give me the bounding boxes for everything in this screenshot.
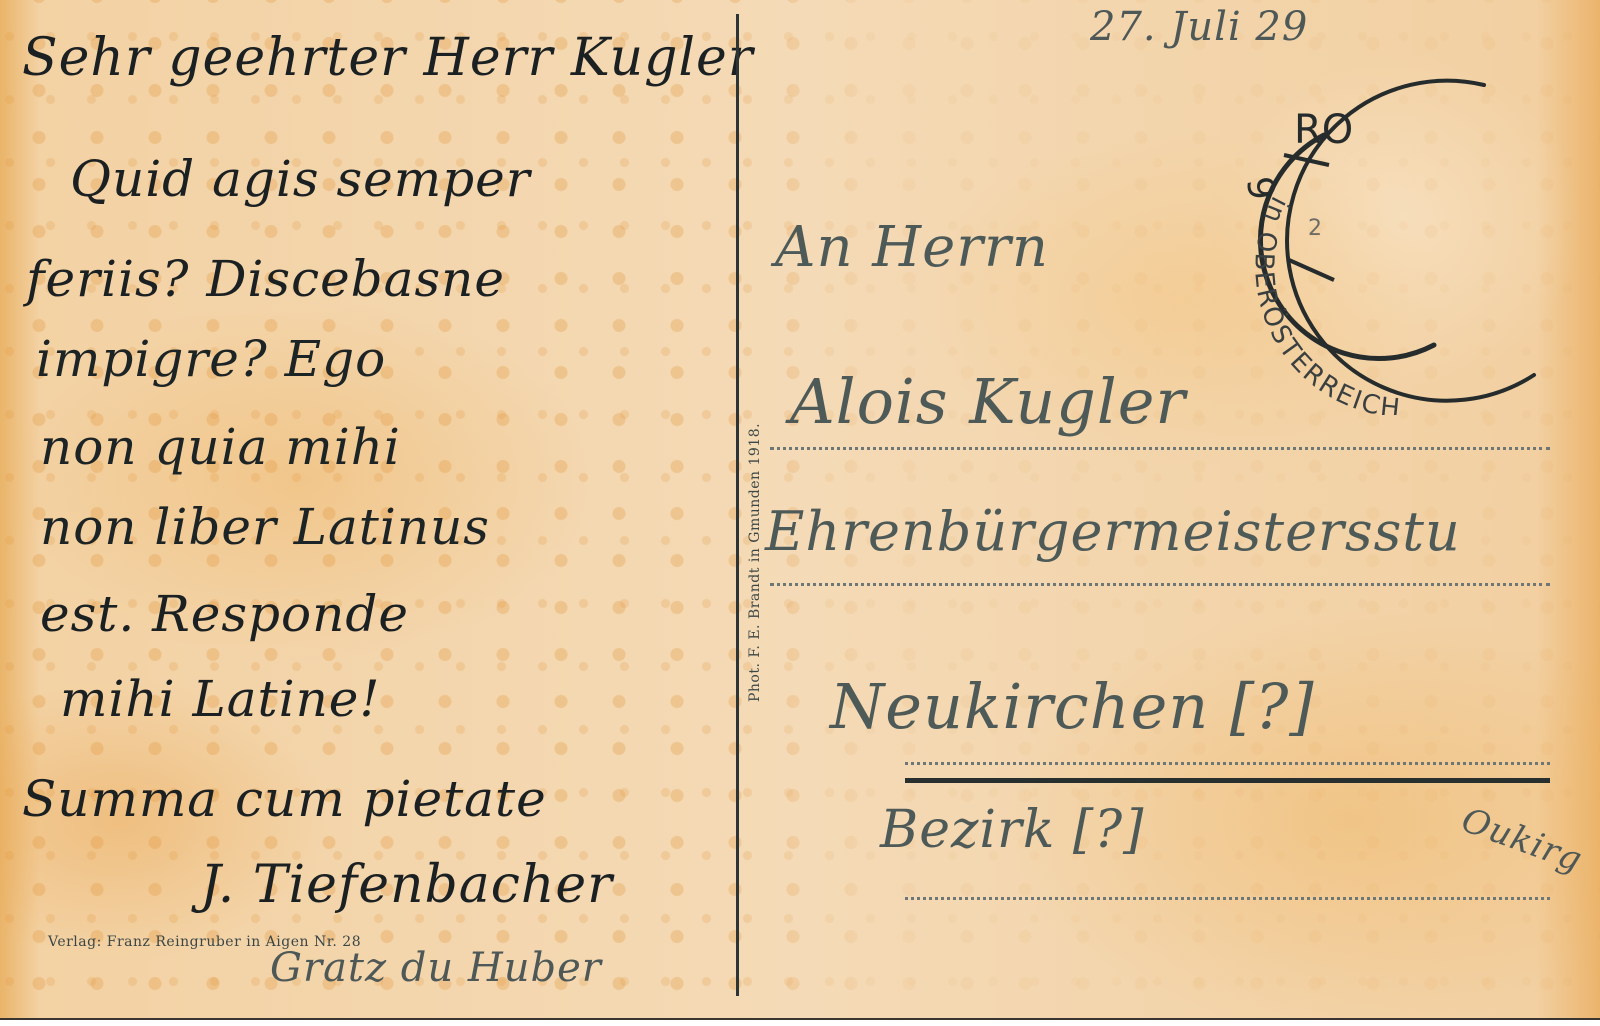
- address-line-1: [770, 447, 1550, 450]
- message-line: feriis? Discebasne: [26, 250, 505, 308]
- postscript: Gratz du Huber: [270, 945, 602, 991]
- message-line: Quid agis semper: [70, 150, 531, 208]
- address-line-2: [770, 583, 1550, 586]
- message-line: est. Responde: [40, 585, 409, 643]
- svg-text:in OBERÖSTERREICH: in OBERÖSTERREICH: [1248, 192, 1403, 415]
- postmark-stamp: RO 6 2 in OBERÖSTERREICH: [1234, 75, 1554, 415]
- message-line: non liber Latinus: [40, 498, 490, 556]
- message-line: Summa cum pietate: [22, 770, 547, 828]
- address-title: Ehrenbürgermeistersstu: [765, 500, 1461, 563]
- margin-note: Oukirg: [1456, 800, 1587, 880]
- salutation: Sehr geehrter Herr Kugler: [22, 28, 754, 88]
- address-line-3: [905, 762, 1550, 765]
- address-town: Neukirchen [?]: [830, 670, 1315, 743]
- postcard: Sehr geehrter Herr Kugler Quid agis semp…: [0, 0, 1600, 1020]
- address-name: Alois Kugler: [790, 365, 1186, 438]
- message-line: non quia mihi: [40, 418, 401, 476]
- center-divider: [736, 14, 739, 996]
- date-note: 27. Juli 29: [1090, 4, 1308, 50]
- message-line: mihi Latine!: [60, 670, 380, 728]
- signature: J. Tiefenbacher: [200, 855, 613, 915]
- postmark-center-digit: 2: [1308, 216, 1322, 241]
- photographer-imprint: Phot. F. E. Brandt in Gmunden 1918.: [747, 423, 763, 702]
- address-district: Bezirk [?]: [880, 800, 1144, 860]
- publisher-imprint: Verlag: Franz Reingruber in Aigen Nr. 28: [48, 934, 361, 950]
- address-underline: [905, 778, 1550, 783]
- postmark-ring-text: in OBERÖSTERREICH: [1248, 192, 1403, 415]
- address-line-4: [905, 897, 1550, 900]
- postmark-top-text: RO: [1294, 107, 1353, 153]
- address-prefix: An Herrn: [775, 215, 1049, 280]
- message-line: impigre? Ego: [36, 330, 386, 388]
